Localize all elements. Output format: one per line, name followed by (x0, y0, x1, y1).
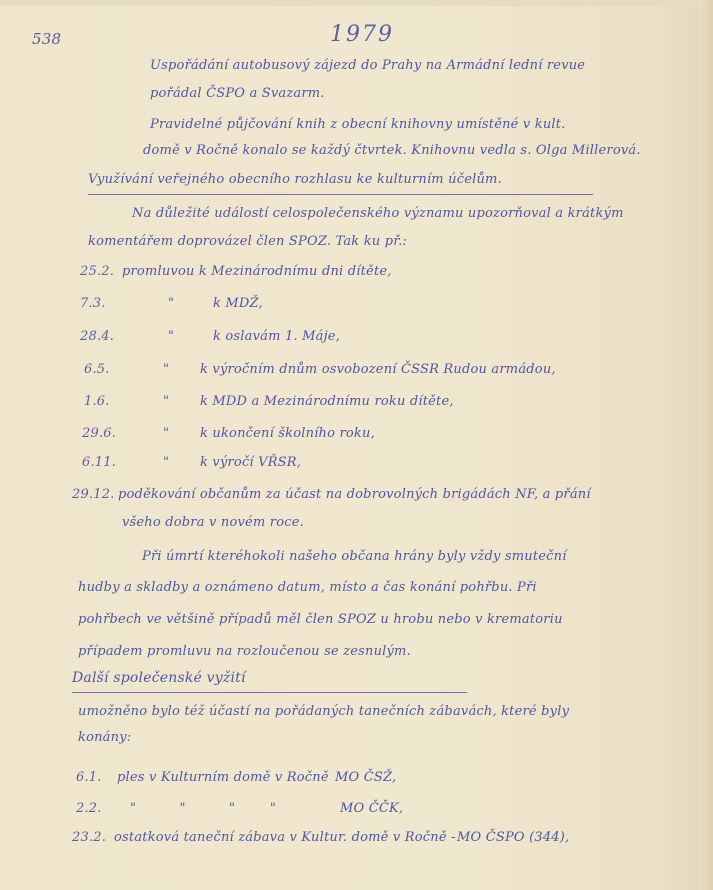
list-date: 29.6. (82, 426, 116, 441)
ditto-mark: " (163, 394, 169, 409)
ditto-mark: " (163, 362, 169, 377)
list-date: 1.6. (84, 394, 110, 409)
organizer: MO ČSŽ, (335, 770, 396, 785)
year-heading: 1979 (330, 22, 394, 47)
list-item: k ukončení školního roku, (200, 426, 375, 441)
list-date: 7.3. (80, 296, 106, 311)
list-item: k MDŽ, (213, 296, 263, 311)
paragraph-line: Při úmrtí kteréhokoli našeho občana hrán… (142, 549, 567, 564)
section-heading: Využívání veřejného obecního rozhlasu ke… (88, 172, 502, 187)
list-date: 2.2. (76, 801, 102, 816)
list-date: 28.4. (80, 329, 114, 344)
heading-underline (72, 692, 467, 693)
section-heading: Další společenské vyžití (72, 670, 246, 686)
list-item: k výročním dnům osvobození ČSSR Rudou ar… (200, 362, 556, 377)
organizer: MO ČČK, (340, 801, 403, 816)
paragraph-line: umožněno bylo též účastí na pořádaných t… (78, 704, 569, 719)
page-right-edge (699, 0, 713, 890)
list-date: 6.11. (82, 455, 116, 470)
page-top-edge (0, 0, 713, 6)
list-date: 25.2. (80, 264, 114, 279)
list-item: ostatková taneční zábava v Kultur. domě … (114, 830, 456, 845)
paragraph-line: pohřbech ve většině případů měl člen SPO… (78, 612, 563, 627)
list-item-continuation: všeho dobra v novém roce. (122, 515, 304, 530)
list-item: poděkování občanům za účast na dobrovoln… (118, 487, 591, 502)
list-item: k oslavám 1. Máje, (213, 329, 340, 344)
organizer: MO ČSPO (344), (457, 830, 569, 845)
ditto-mark: " (168, 296, 174, 311)
paragraph-line: domě v Ročně konalo se každý čtvrtek. Kn… (143, 143, 641, 158)
list-item: ples v Kulturním domě v Ročně (117, 770, 329, 785)
ditto-mark: " (168, 329, 174, 344)
list-item: k MDD a Mezinárodnímu roku dítěte, (200, 394, 454, 409)
list-date: 6.1. (76, 770, 102, 785)
paragraph-line: komentářem doprovázel člen SPOZ. Tak ku … (88, 234, 407, 249)
paragraph-line: konány: (78, 730, 131, 745)
paragraph-line: pořádal ČSPO a Svazarm. (150, 86, 325, 101)
page-number: 538 (32, 30, 61, 48)
list-item: k výročí VŘSR, (200, 455, 301, 470)
list-item: promluvou k Mezinárodnímu dni dítěte, (122, 264, 392, 279)
paragraph-line: Pravidelné půjčování knih z obecní kniho… (150, 117, 566, 132)
paragraph-line: Na důležité událostí celospolečenského v… (132, 206, 624, 221)
paragraph-line: případem promluvu na rozloučenou se zesn… (78, 644, 411, 659)
paragraph-line: Uspořádání autobusový zájezd do Prahy na… (150, 58, 585, 73)
list-item: " " " " (130, 801, 276, 816)
handwritten-chronicle-page: 538 1979 Uspořádání autobusový zájezd do… (0, 0, 713, 890)
ditto-mark: " (163, 455, 169, 470)
ditto-mark: " (163, 426, 169, 441)
list-date: 23.2. (72, 830, 106, 845)
heading-underline (88, 194, 593, 195)
list-date: 6.5. (84, 362, 110, 377)
paragraph-line: hudby a skladby a oznámeno datum, místo … (78, 580, 537, 595)
list-date: 29.12. (72, 487, 115, 502)
